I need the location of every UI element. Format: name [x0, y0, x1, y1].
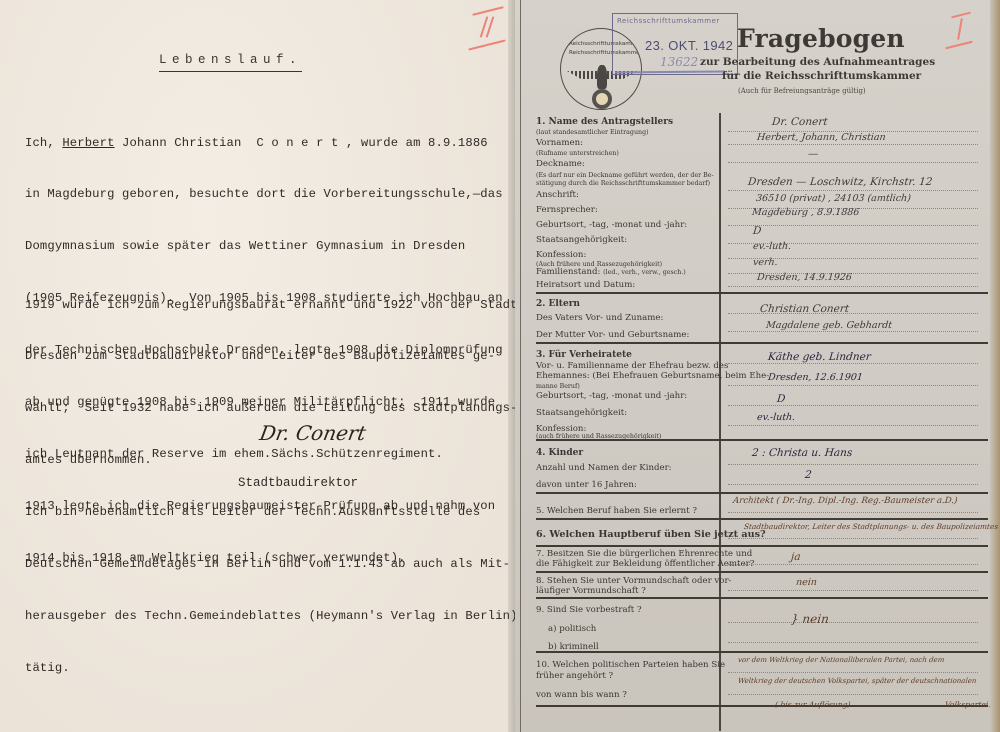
answer-vater: Christian Conert: [759, 303, 849, 315]
question-8: läufiger Vormundschaft ?: [536, 586, 646, 596]
answer-deckname: —: [807, 148, 819, 160]
answer-line: [728, 363, 978, 364]
form-subtitle-note: (Auch für Befreiungsanträge gültig): [738, 87, 866, 95]
section-divider: [536, 597, 988, 599]
field-label-geburtsort: Geburtsort, -tag, -monat und -jahr:: [536, 220, 687, 230]
form-subtitle: zur Bearbeitung des Aufnahmeantrages: [700, 56, 935, 68]
field-label-vater: Des Vaters Vor- und Zuname:: [536, 313, 663, 323]
answer-line: [728, 331, 978, 332]
answer-line: [728, 425, 978, 426]
field-note: (laut standesamtlicher Eintragung): [536, 128, 649, 138]
field-label-kinder-unter-16: davon unter 16 Jahren:: [536, 480, 637, 490]
question-10: früher angehört ?: [536, 671, 613, 681]
answer-line: [728, 672, 978, 673]
field-label-deckname: Deckname:: [536, 159, 585, 169]
field-label-ehefrau: Ehemannes: (Bei Ehefrauen Geburtsname, b…: [536, 371, 769, 381]
page-edge: [990, 0, 1000, 732]
answer-kinder-unter-16: 2: [804, 469, 812, 481]
cv-line: herausgeber des Techn.Gemeindeblattes (H…: [25, 608, 505, 625]
stamp-header: Reichsschrifttumskammer: [617, 17, 720, 25]
cv-line: Ich bin nebenamtlich als Leiter der Tech…: [25, 504, 505, 521]
page-mark-roman-one: [945, 6, 975, 48]
answer-line: [728, 590, 978, 591]
field-note: (Rufname unterstreichen): [536, 149, 619, 159]
answer-line: [728, 225, 978, 226]
section-divider: [536, 571, 988, 573]
eagle-icon: [597, 65, 607, 89]
answer-vorbestraft: } nein: [790, 612, 829, 626]
answer-line: [728, 694, 978, 695]
answer-line: [728, 622, 978, 623]
answer-ehefrau: Käthe geb. Lindner: [767, 351, 871, 363]
field-label-staatsangehoerigkeit-ehefrau: Staatsangehörigkeit:: [536, 408, 627, 418]
question-7: 7. Besitzen Sie die bürgerlichen Ehrenre…: [536, 549, 752, 559]
answer-ehefrau-staatsangehoerigkeit: D: [776, 393, 786, 405]
cv-line: 1919 wurde ich zum Regierungsbaurat erna…: [25, 297, 505, 314]
answer-name: Dr. Conert: [771, 116, 828, 128]
answer-parteien-period: ( bis zur Auflösung): [775, 700, 851, 709]
field-label-kinder: Anzahl und Namen der Kinder:: [536, 463, 672, 473]
cv-line: amtes übernommen.: [25, 452, 505, 469]
answer-line: [728, 385, 978, 386]
cv-line: Domgymnasium sowie später das Wettiner G…: [25, 238, 505, 255]
answer-line: [728, 512, 978, 513]
cv-line: tätig.: [25, 660, 505, 677]
answer-familienstand: verh.: [752, 257, 778, 268]
section-divider: [536, 492, 988, 494]
section-divider: [536, 545, 988, 547]
answer-konfession: ev.-luth.: [752, 241, 791, 252]
answer-ehefrau-geburtsort: Dresden, 12.6.1901: [767, 372, 863, 383]
field-note: (auch frühere und Rassezugehörigkeit): [536, 432, 661, 442]
form-title: Fragebogen: [737, 24, 905, 53]
field-label-vornamen: Vornamen:: [536, 138, 583, 148]
section-divider: [536, 292, 988, 294]
field-label-konfession: Konfession:: [536, 250, 586, 260]
cv-line: Deutschen Gemeindetages in Berlin und vo…: [25, 556, 505, 573]
field-label-fernsprecher: Fernsprecher:: [536, 205, 598, 215]
page-mark-roman-two: [470, 6, 510, 50]
answer-heiratsort: Dresden, 14.9.1926: [756, 272, 852, 283]
cv-line: wählt; Seit 1932 habe ich außerdem die L…: [25, 400, 505, 417]
question-10-period: von wann bis wann ?: [536, 690, 627, 700]
answer-ehefrau-konfession: ev.-luth.: [756, 412, 795, 423]
question-7: die Fähigkeit zur Bekleidung öffentliche…: [536, 559, 754, 569]
answer-geburtsort: Magdeburg , 8.9.1886: [751, 207, 860, 218]
answer-staatsangehoerigkeit: D: [752, 225, 762, 237]
question-8: 8. Stehen Sie unter Vormundschaft oder v…: [536, 576, 731, 586]
column-divider: [719, 113, 721, 731]
section-divider: [536, 705, 988, 707]
wreath-icon: [592, 89, 612, 109]
question-9b: b) kriminell: [548, 642, 599, 652]
section-4-heading: 4. Kinder: [536, 448, 583, 458]
answer-ehrenrechte: ja: [790, 551, 801, 563]
signer-title: Stadtbaudirektor: [238, 476, 358, 490]
answer-line: [728, 144, 978, 145]
section-1-heading: 1. Name des Antragstellers: [536, 117, 673, 127]
document-title: Lebenslauf.: [159, 53, 302, 72]
answer-line: [728, 190, 978, 191]
section-divider: [536, 518, 988, 520]
question-10: 10. Welchen politischen Parteien haben S…: [536, 660, 725, 670]
cv-line: Ich, Herbert Johann Christian C o n e r …: [25, 135, 505, 152]
question-6: 6. Welchen Hauptberuf üben Sie jetzt aus…: [536, 530, 766, 540]
section-2-heading: 2. Eltern: [536, 299, 580, 309]
stamp-date: 23. OKT. 1942: [645, 38, 733, 53]
answer-mutter: Magdalene geb. Gebhardt: [765, 320, 892, 331]
question-5: 5. Welchen Beruf haben Sie erlernt ?: [536, 506, 697, 516]
question-9a: a) politisch: [548, 624, 596, 634]
field-label-staatsangehoerigkeit: Staatsangehörigkeit:: [536, 235, 627, 245]
field-label-mutter: Der Mutter Vor- und Geburtsname:: [536, 330, 689, 340]
answer-kinder: 2 : Christa u. Hans: [751, 447, 853, 459]
answer-line: [728, 286, 978, 287]
answer-beruf-erlernt: Architekt ( Dr.-Ing. Dipl.-Ing. Reg.-Bau…: [732, 496, 957, 506]
page-border: [520, 0, 521, 732]
answer-line: [728, 484, 978, 485]
answer-parteien: Volkspartei.: [945, 700, 992, 709]
answer-fernsprecher: 36510 (privat) , 24103 (amtlich): [755, 193, 911, 204]
cv-line: in Magdeburg geboren, besuchte dort die …: [25, 186, 505, 203]
field-label-ehefrau: Vor- u. Familienname der Ehefrau bezw. d…: [536, 361, 728, 371]
answer-line: [728, 405, 978, 406]
answer-vornamen: Herbert, Johann, Christian: [756, 132, 886, 143]
field-label-heiratsort: Heiratsort und Datum:: [536, 280, 635, 290]
answer-vormundschaft: nein: [795, 577, 817, 588]
field-label-anschrift: Anschrift:: [536, 190, 579, 200]
answer-line: [728, 464, 978, 465]
section-3-heading: 3. Für Verheiratete: [536, 350, 632, 360]
section-divider: [536, 651, 988, 653]
field-label-familienstand: Familienstand: (led., verh., verw., gesc…: [536, 267, 686, 278]
answer-line: [728, 642, 978, 643]
answer-hauptberuf: Stadtbaudirektor, Leiter des Stadtplanun…: [744, 522, 999, 531]
answer-line: [728, 162, 978, 163]
answer-parteien: vor dem Weltkrieg der Nationalliberalen …: [738, 656, 945, 664]
field-label-geburtsort-ehefrau: Geburtsort, -tag, -monat und -jahr:: [536, 391, 687, 401]
cv-line: Dresden zum Stadtbaudirektor und Leiter …: [25, 348, 505, 365]
stamp-number: 13622: [660, 55, 698, 69]
answer-anschrift: Dresden — Loschwitz, Kirchstr. 12: [747, 176, 933, 188]
answer-parteien: Weltkrieg der deutschen Volkspartei, spä…: [738, 677, 977, 685]
field-note: stätigung durch die Reichsschrifttumskam…: [536, 179, 710, 189]
section-divider: [536, 342, 988, 344]
handwritten-signature: Dr. Conert: [258, 421, 368, 445]
question-9: 9. Sind Sie vorbestraft ?: [536, 605, 642, 615]
form-subtitle: für die Reichsschrifttumskammer: [722, 70, 921, 82]
first-name-underlined: Herbert: [62, 136, 114, 150]
answer-line: [728, 564, 978, 565]
